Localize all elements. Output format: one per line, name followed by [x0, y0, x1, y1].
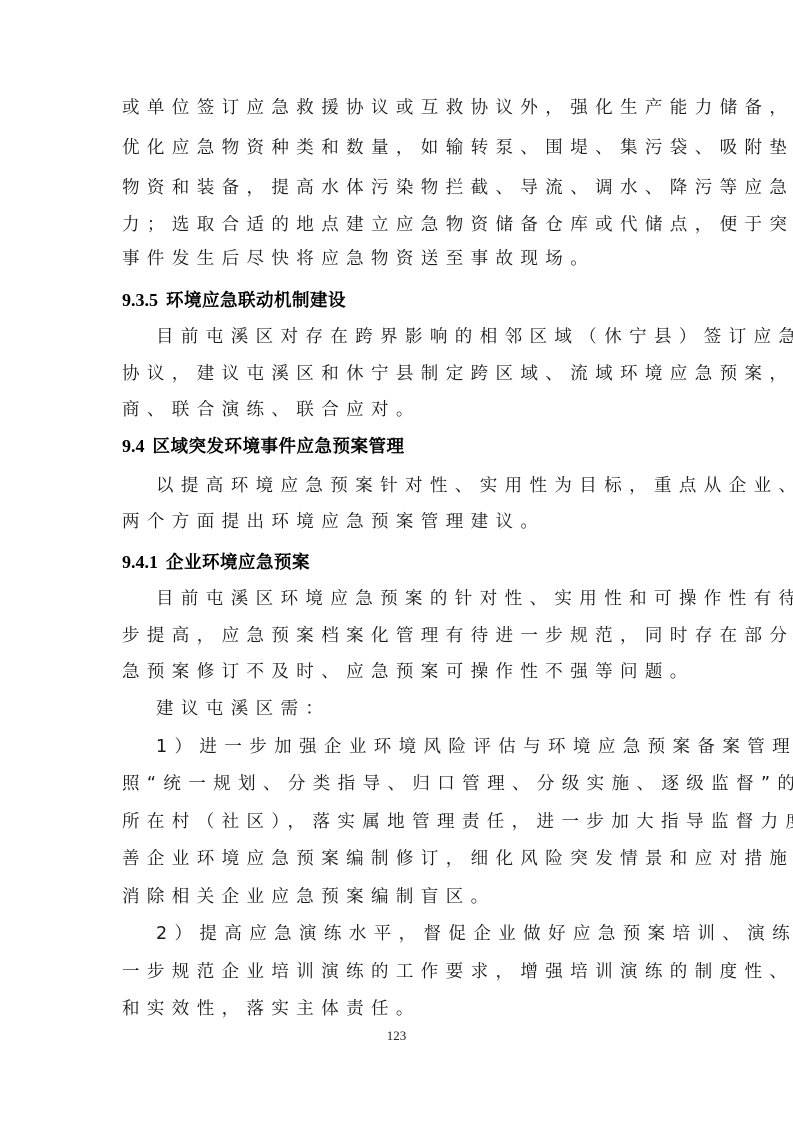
- paragraph-line: 目前屯溪区对存在跨界影响的相邻区域（休宁县）签订应急联动: [156, 325, 674, 349]
- list-item-line: 一步规范企业培训演练的工作要求，增强培训演练的制度性、目的性: [122, 960, 674, 984]
- heading-number: 9.4: [122, 436, 145, 456]
- paragraph-line: 物资和装备，提高水体污染物拦截、导流、调水、降污等应急处置能: [122, 176, 674, 200]
- paragraph-line: 协议，建议屯溪区和休宁县制定跨区域、流域环境应急预案，定期会: [122, 362, 674, 386]
- list-item-line: 善企业环境应急预案编制修订，细化风险突发情景和应对措施，及时: [122, 847, 674, 871]
- section-heading-9-4-1: 9.4.1企业环境应急预案: [122, 550, 310, 575]
- section-heading-9-3-5: 9.3.5环境应急联动机制建设: [122, 288, 346, 313]
- list-item-line: 2）提高应急演练水平，督促企业做好应急预案培训、演练，进: [156, 922, 674, 946]
- paragraph-line: 或单位签订应急救援协议或互救协议外，强化生产能力储备，进一步: [122, 96, 674, 120]
- paragraph-line: 力；选取合适的地点建立应急物资储备仓库或代储点，便于突发环境: [122, 213, 674, 237]
- paragraph-line: 以提高环境应急预案针对性、实用性为目标，重点从企业、政府: [156, 474, 674, 498]
- heading-number: 9.3.5: [122, 290, 158, 310]
- heading-title: 企业环境应急预案: [166, 553, 310, 573]
- paragraph-line: 商、联合演练、联合应对。: [122, 398, 674, 422]
- list-item-line: 照“统一规划、分类指导、归口管理、分级实施、逐级监督”的原则，: [122, 772, 674, 796]
- list-item-line: 和实效性，落实主体责任。: [122, 997, 674, 1021]
- list-item-line: 1）进一步加强企业环境风险评估与环境应急预案备案管理，按: [156, 735, 674, 759]
- list-item-line: 消除相关企业应急预案编制盲区。: [122, 885, 674, 909]
- paragraph-line: 事件发生后尽快将应急物资送至事故现场。: [122, 247, 674, 271]
- list-item-line: 所在村（社区），落实属地管理责任，进一步加大指导监督力度，完: [122, 810, 674, 834]
- paragraph-line: 两个方面提出环境应急预案管理建议。: [122, 510, 674, 534]
- section-heading-9-4: 9.4区域突发环境事件应急预案管理: [122, 434, 405, 459]
- paragraph-line: 目前屯溪区环境应急预案的针对性、实用性和可操作性有待进一: [156, 587, 674, 611]
- document-page: 或单位签订应急救援协议或互救协议外，强化生产能力储备，进一步 优化应急物资种类和…: [0, 0, 793, 1122]
- heading-title: 区域突发环境事件应急预案管理: [153, 437, 405, 457]
- paragraph-line: 急预案修订不及时、应急预案可操作性不强等问题。: [122, 660, 674, 684]
- heading-number: 9.4.1: [122, 552, 158, 572]
- heading-title: 环境应急联动机制建设: [166, 291, 346, 311]
- paragraph-line: 优化应急物资种类和数量，如输转泵、围堤、集污袋、吸附垫等应急: [122, 136, 674, 160]
- paragraph-line: 建议屯溪区需：: [156, 697, 674, 721]
- page-number: 123: [0, 1028, 793, 1044]
- paragraph-line: 步提高，应急预案档案化管理有待进一步规范，同时存在部分企业应: [122, 624, 674, 648]
